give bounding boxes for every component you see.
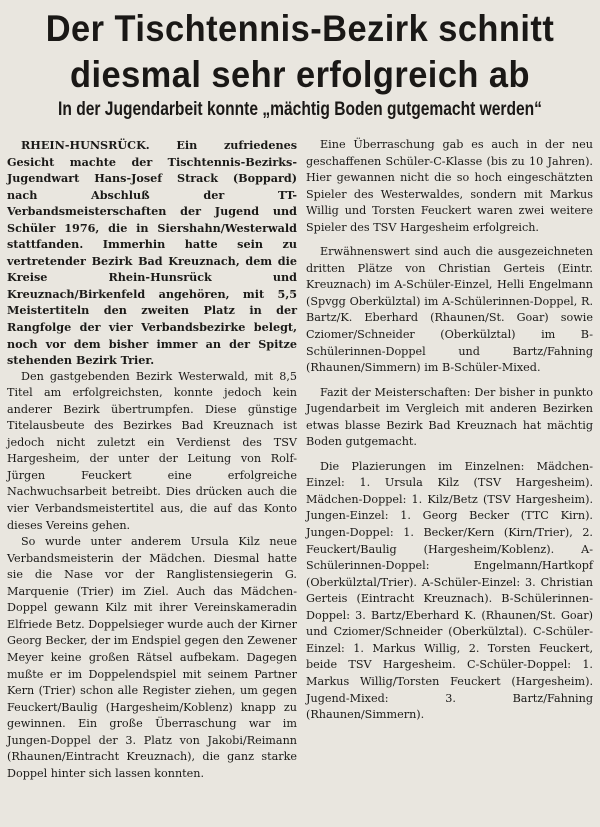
article-column-left: RHEIN-HUNSRÜCK. Ein zufriedenes Gesicht …: [7, 137, 297, 782]
body-paragraph: Erwähnenswert sind auch die ausgezeichne…: [306, 244, 593, 376]
body-paragraph: Fazit der Meisterschaften: Der bisher in…: [306, 385, 593, 451]
article-column-right: Eine Überraschung gab es auch in der neu…: [306, 137, 593, 724]
body-paragraph: Eine Überraschung gab es auch in der neu…: [306, 137, 593, 236]
results-paragraph: Die Plazierungen im Einzelnen: Mädchen-E…: [306, 459, 593, 724]
headline-line-2: diesmal sehr erfolgreich ab: [21, 52, 579, 98]
body-paragraph: So wurde unter anderem Ursula Kilz neue …: [7, 534, 297, 782]
body-paragraph: Den gastgebenden Bezirk Westerwald, mit …: [7, 369, 297, 534]
article-header: Der Tischtennis-Bezirk schnitt diesmal s…: [0, 6, 600, 122]
dateline: RHEIN-HUNSRÜCK.: [21, 138, 150, 152]
subheadline: In der Jugendarbeit konnte „mächtig Bode…: [54, 98, 546, 122]
lead-paragraph: RHEIN-HUNSRÜCK. Ein zufriedenes Gesicht …: [7, 137, 297, 369]
lead-text: Ein zufriedenes Gesicht machte der Tisch…: [7, 138, 297, 367]
headline-line-1: Der Tischtennis-Bezirk schnitt: [21, 6, 579, 52]
